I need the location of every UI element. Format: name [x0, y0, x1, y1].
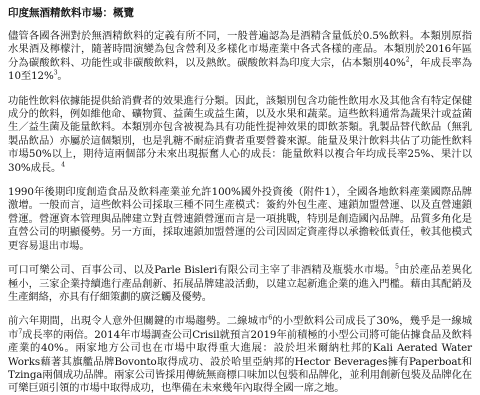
text-segment: 1990年後期印度創造食品及飲料產業並允許100%國外投資後（附件1），全國各地… — [8, 186, 472, 252]
paragraph-definition: 儘管各國各洲對於無酒精飲料的定義有所不同，一般普遍認為是酒精含量低於0.5%飲料… — [8, 30, 472, 84]
text-segment: 可口可樂公司、百事公司、以及Parle Bisleri有限公司主宰了非酒精及瓶裝… — [8, 264, 395, 276]
document-page: 印度無酒精飲料市場：概覽 儘管各國各洲對於無酒精飲料的定義有所不同，一般普遍認為… — [0, 0, 480, 395]
text-segment: 前六年期間，出現令人意外但關鍵的市場趨勢。二線城市 — [8, 315, 268, 327]
document-title: 印度無酒精飲料市場：概覽 — [8, 6, 472, 20]
paragraph-market-trends: 前六年期間，出現令人意外但關鍵的市場趨勢。二線城市6的小型飲料公司成長了30%，… — [8, 315, 472, 395]
text-segment: 功能性飲料依據能提供給消費者的效果進行分類。因此，該類別包含功能性飲用水及其他含… — [8, 95, 472, 174]
paragraph-industry-history: 1990年後期印度創造食品及飲料產業並允許100%國外投資後（附件1），全國各地… — [8, 186, 472, 253]
text-segment: 儘管各國各洲對於無酒精飲料的定義有所不同，一般普遍認為是酒精含量低於0.5%飲料… — [8, 30, 472, 69]
paragraph-functional-drinks: 功能性飲料依據能提供給消費者的效果進行分類。因此，該類別包含功能性飲用水及其他含… — [8, 95, 472, 175]
text-segment: 成長率的兩倍。2014年市場調查公司Crisil就預言2019年前積極的小型公司… — [8, 329, 472, 395]
text-segment: 。 — [57, 70, 67, 82]
paragraph-major-players: 可口可樂公司、百事公司、以及Parle Bisleri有限公司主宰了非酒精及瓶裝… — [8, 264, 472, 304]
footnote-ref: 4 — [61, 161, 65, 168]
